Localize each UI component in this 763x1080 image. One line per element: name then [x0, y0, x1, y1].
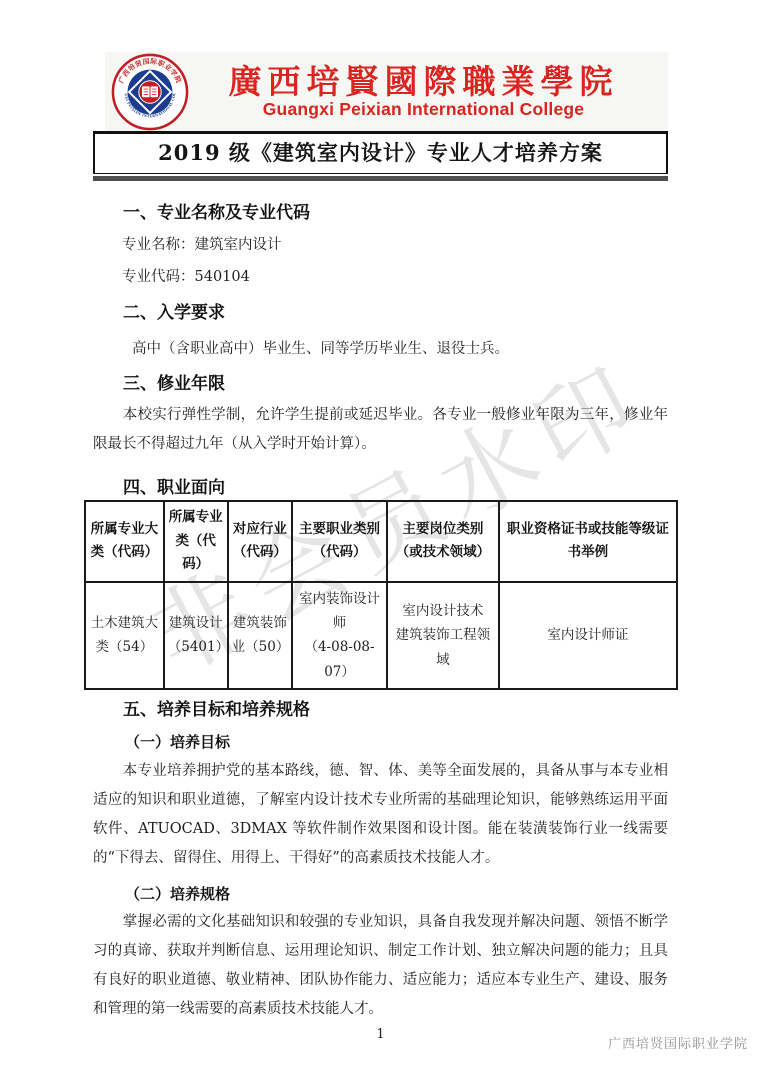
- training-goal-subheading: （一）培养目标: [125, 733, 668, 752]
- table-cell: 室内设计技术 建筑装饰工程领域: [387, 582, 499, 689]
- table-header-row: 所属专业大类（代码） 所属专业类（代码） 对应行业（代码） 主要职业类别（代码）…: [85, 501, 677, 582]
- footer-college-name: 广西培贤国际职业学院: [608, 1033, 748, 1052]
- section-2-heading: 二、入学要求: [123, 303, 668, 323]
- table-header-cell: 主要岗位类别（或技术领域）: [387, 501, 499, 582]
- training-spec-subheading: （二）培养规格: [125, 885, 668, 904]
- table-cell: 建筑装饰业（50）: [228, 582, 293, 689]
- section-4-heading: 四、职业面向: [123, 478, 668, 498]
- table-header-cell: 主要职业类别（代码）: [292, 501, 387, 582]
- table-header-cell: 职业资格证书或技能等级证书举例: [499, 501, 677, 582]
- training-goal-paragraph: 本专业培养拥护党的基本路线，德、智、体、美等全面发展的，具备从事与本专业相适应的…: [93, 757, 668, 873]
- section-5-heading: 五、培养目标和培养规格: [123, 700, 668, 720]
- table-cell: 土木建筑大类（54）: [85, 582, 164, 689]
- table-data-row: 土木建筑大类（54） 建筑设计（5401） 建筑装饰业（50） 室内装饰设计师 …: [85, 582, 677, 689]
- college-header: 广西培贤国际职业学院 GUANGXI PEIXIAN INTERNATIONAL…: [105, 52, 668, 131]
- admission-requirement-line: 高中（含职业高中）毕业生、同等学历毕业生、退役士兵。: [132, 339, 668, 359]
- table-cell: 建筑设计（5401）: [164, 582, 228, 689]
- table-header-cell: 所属专业类（代码）: [164, 501, 228, 582]
- section-1-heading: 一、专业名称及专业代码: [123, 203, 668, 223]
- major-name-line: 专业名称：建筑室内设计: [122, 235, 668, 255]
- table-header-cell: 对应行业（代码）: [228, 501, 293, 582]
- document-page: 非会员水印 广西培贤国际职业学院 GUANGXI PEIXIAN INTERNA…: [0, 0, 763, 1080]
- table-cell: 室内设计师证: [499, 582, 677, 689]
- title-band: 2019 级《建筑室内设计》专业人才培养方案: [93, 131, 668, 174]
- college-name-block: 廣西培賢國際職業學院 Guangxi Peixian International…: [189, 65, 658, 118]
- section-3-heading: 三、修业年限: [123, 374, 668, 394]
- college-name-cn: 廣西培賢國際職業學院: [189, 65, 658, 100]
- college-name-en: Guangxi Peixian International College: [189, 100, 658, 118]
- book-icon: [142, 86, 158, 97]
- header-thick-rule: [93, 176, 668, 181]
- table-cell: 室内装饰设计师 （4-08-08-07）: [292, 582, 387, 689]
- college-seal-icon: 广西培贤国际职业学院 GUANGXI PEIXIAN INTERNATIONAL…: [111, 53, 189, 131]
- document-sheet: 广西培贤国际职业学院 GUANGXI PEIXIAN INTERNATIONAL…: [0, 0, 763, 1042]
- table-header-cell: 所属专业大类（代码）: [85, 501, 164, 582]
- major-code-line: 专业代码：540104: [122, 267, 668, 287]
- document-title: 2019 级《建筑室内设计》专业人才培养方案: [95, 140, 666, 166]
- training-spec-paragraph: 掌握必需的文化基础知识和较强的专业知识，具备自我发现并解决问题、领悟不断学习的真…: [93, 908, 668, 1024]
- page-number: 1: [93, 1027, 668, 1042]
- study-duration-paragraph: 本校实行弹性学制，允许学生提前或延迟毕业。各专业一般修业年限为三年，修业年限最长…: [93, 401, 668, 459]
- career-orientation-table: 所属专业大类（代码） 所属专业类（代码） 对应行业（代码） 主要职业类别（代码）…: [84, 500, 678, 690]
